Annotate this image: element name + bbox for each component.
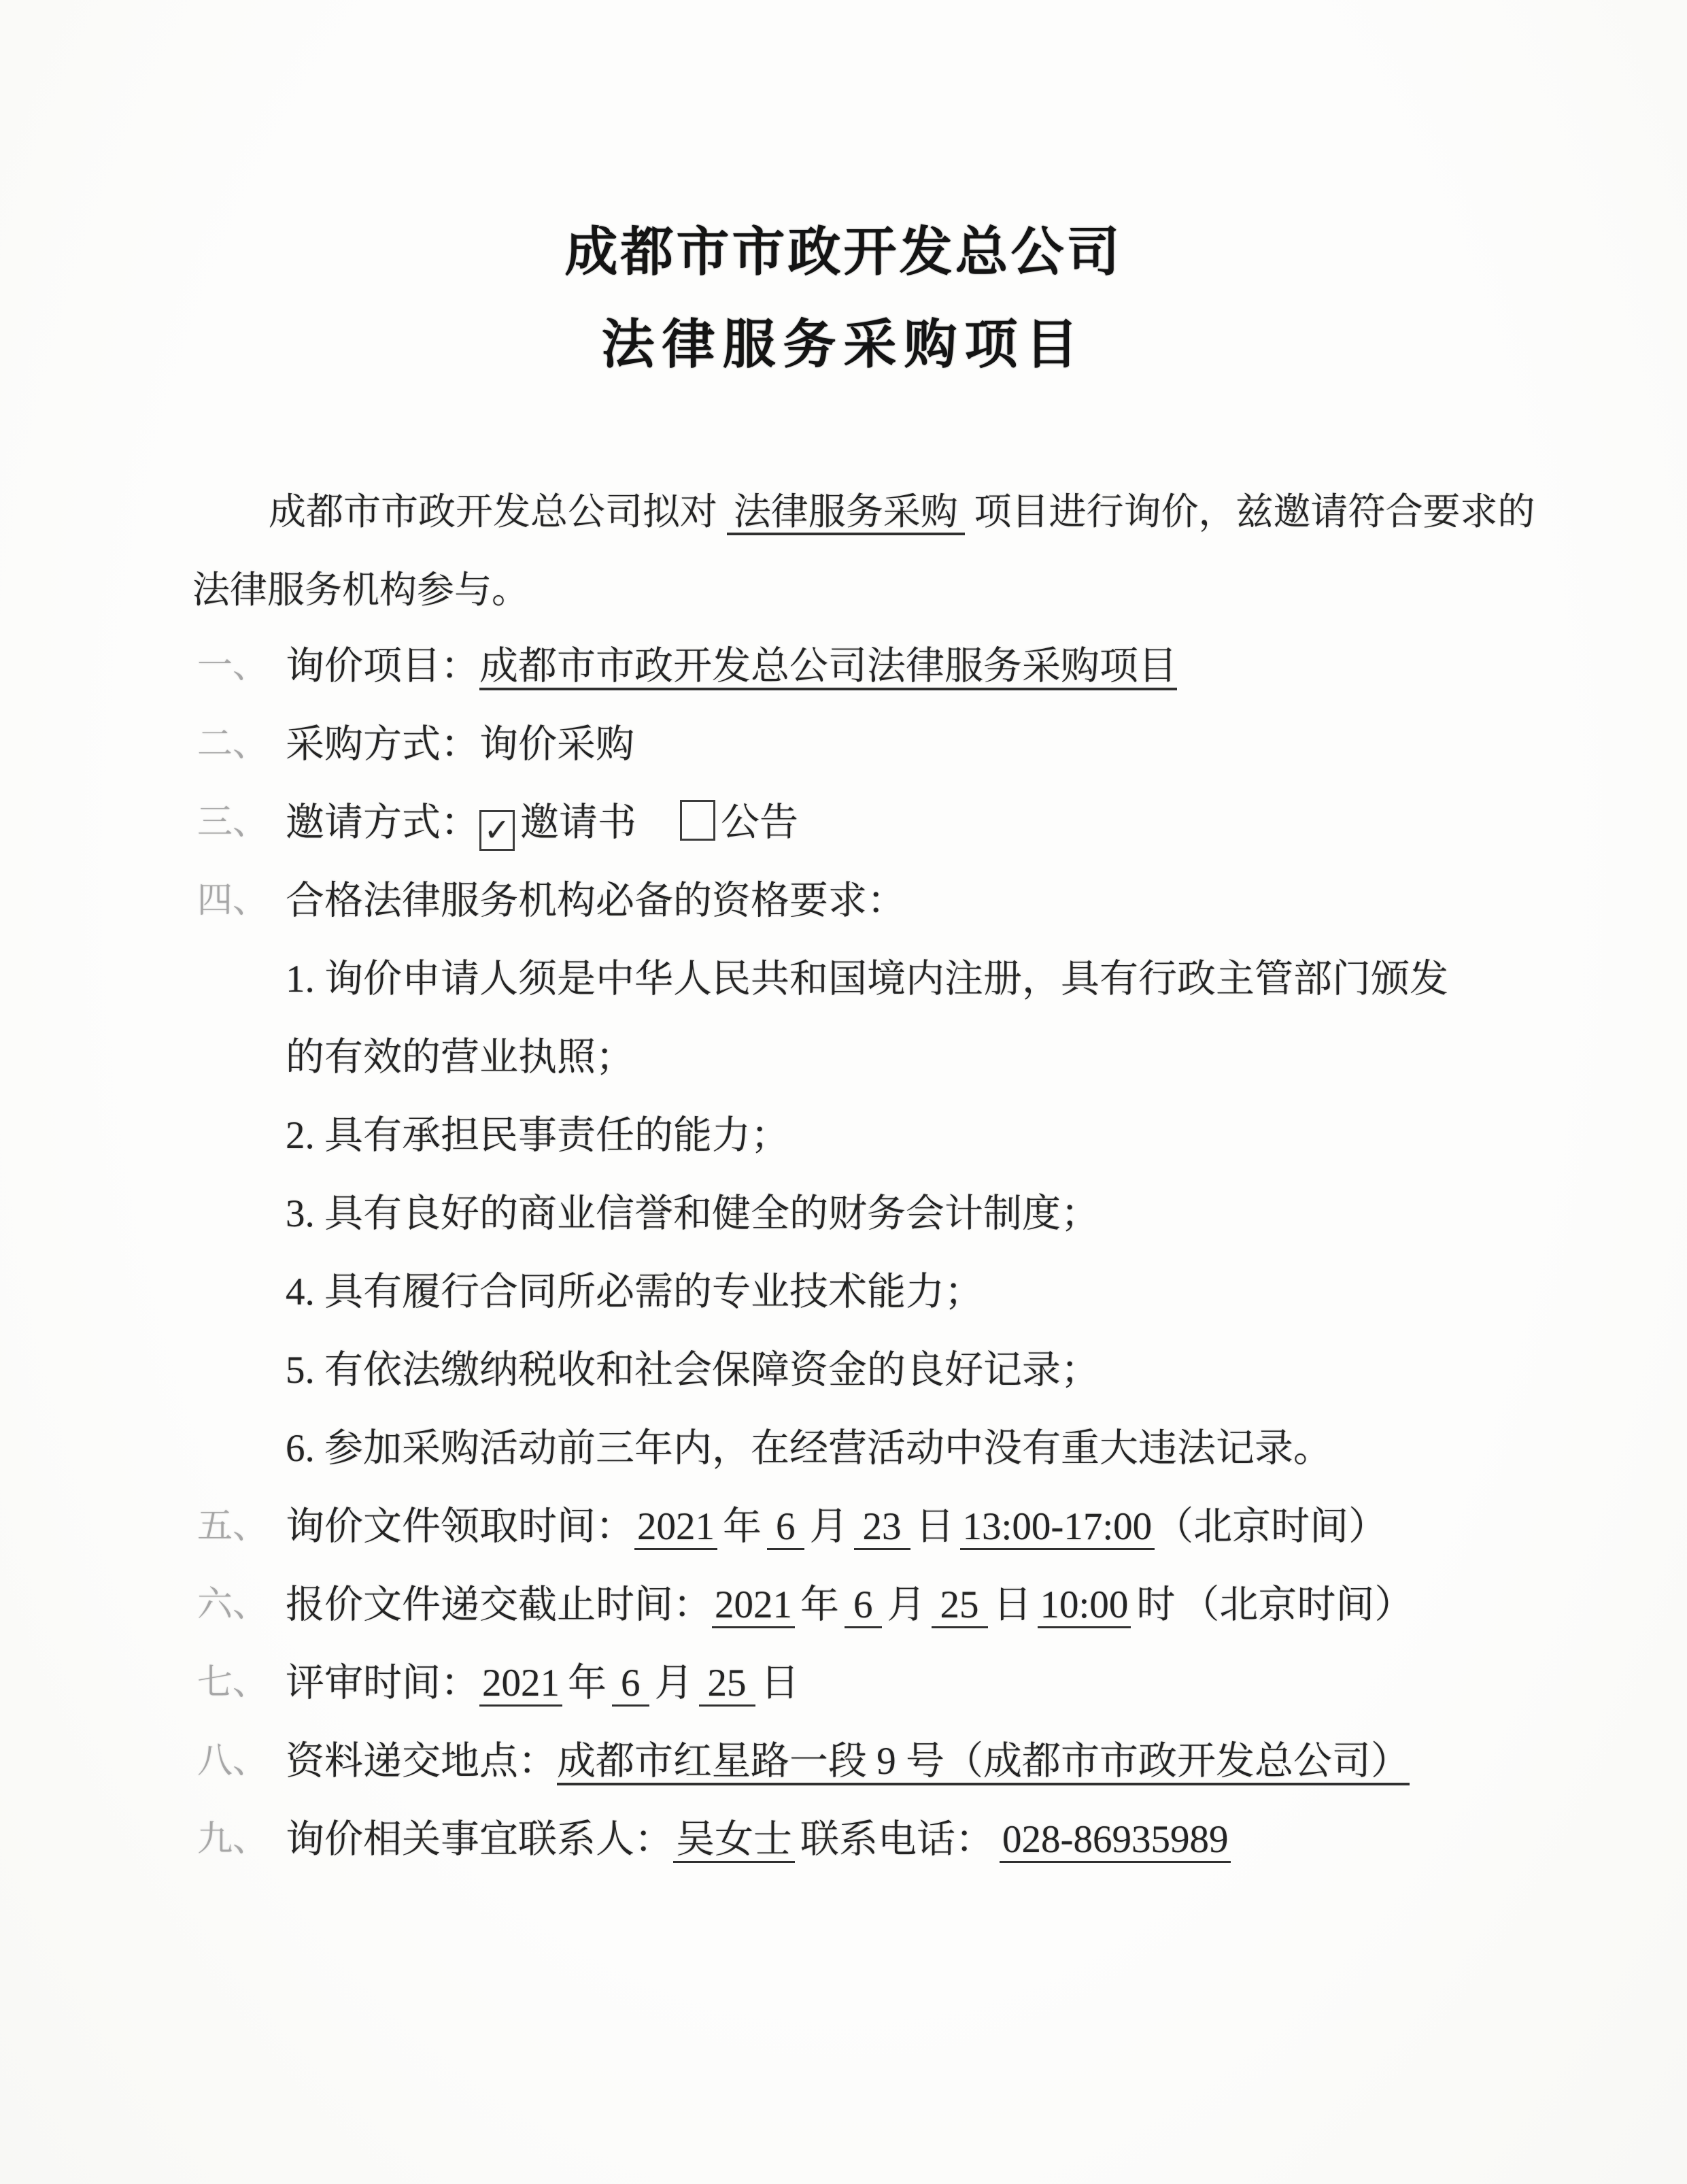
list-item-review-time: 七、 评审时间：2021年6月25日 [197, 1644, 1608, 1722]
list-item-qualification-requirements: 四、 合格法律服务机构必备的资格要求： 1. 询价申请人须是中华人民共和国境内注… [197, 862, 1608, 1488]
time-unit: 时 [1136, 1583, 1175, 1626]
time-blank: 13:00-17:00 [960, 1505, 1155, 1550]
list-item-document-collection-time: 五、 询价文件领取时间：2021年6月23日13:00-17:00（北京时间） [197, 1488, 1608, 1566]
address-value: 成都市红星路一段 9 号（成都市市政开发总公司） [557, 1740, 1410, 1785]
checkbox-unchecked-icon [680, 800, 715, 841]
item-number: 九、 [197, 1800, 286, 1879]
year-unit: 年 [800, 1583, 839, 1626]
item-label: 报价文件递交截止时间： [286, 1583, 712, 1626]
month-blank: 6 [767, 1505, 804, 1550]
item-number: 五、 [197, 1488, 286, 1566]
document-title-line1: 成都市市政开发总公司 [0, 226, 1687, 279]
list-item-invitation-method: 三、 邀请方式：✓邀请书公告 [197, 784, 1608, 862]
item-number: 一、 [197, 627, 286, 705]
item-content: 询价相关事宜联系人：吴女士联系电话：028-86935989 [286, 1800, 1608, 1879]
phone-number: 028-86935989 [1000, 1818, 1231, 1863]
year-blank: 2021 [479, 1662, 562, 1707]
time-blank: 10:00 [1038, 1583, 1131, 1628]
checkbox-invitation-label: 邀请书 [520, 801, 636, 844]
item-label: 邀请方式： [286, 801, 479, 844]
list-item-procurement-method: 二、 采购方式：询价采购 [197, 705, 1608, 784]
requirement-item: 5. 有依法缴纳税收和社会保障资金的良好记录； [286, 1331, 1472, 1409]
list-item-inquiry-project: 一、 询价项目：成都市市政开发总公司法律服务采购项目 [197, 627, 1608, 705]
year-unit: 年 [568, 1662, 607, 1704]
intro-underlined-term: 法律服务采购 [727, 491, 965, 535]
list-item-submission-address: 八、 资料递交地点：成都市红星路一段 9 号（成都市市政开发总公司） [197, 1722, 1608, 1800]
year-blank: 2021 [634, 1505, 717, 1550]
item-number: 三、 [197, 784, 286, 862]
timezone-note: （北京时间） [1155, 1505, 1387, 1548]
item-label: 资料递交地点： [286, 1740, 557, 1783]
item-content: 评审时间：2021年6月25日 [286, 1644, 1608, 1722]
item-label: 询价项目： [286, 645, 479, 688]
contact-name: 吴女士 [673, 1818, 795, 1863]
timezone-note: （北京时间） [1180, 1583, 1413, 1626]
month-unit: 月 [887, 1583, 926, 1626]
item-content: 询价文件领取时间：2021年6月23日13:00-17:00（北京时间） [286, 1488, 1608, 1566]
item-number: 七、 [197, 1644, 286, 1722]
month-unit: 月 [810, 1505, 849, 1548]
day-unit: 日 [916, 1505, 955, 1548]
document-page: 成都市市政开发总公司 法律服务采购项目 成都市市政开发总公司拟对 法律服务采购 … [0, 0, 1687, 2184]
requirement-item: 6. 参加采购活动前三年内，在经营活动中没有重大违法记录。 [286, 1409, 1472, 1488]
method-value: 询价采购 [479, 723, 634, 766]
day-unit: 日 [993, 1583, 1032, 1626]
month-blank: 6 [612, 1662, 649, 1707]
year-unit: 年 [723, 1505, 762, 1548]
list-item-contact-info: 九、 询价相关事宜联系人：吴女士联系电话：028-86935989 [197, 1800, 1608, 1879]
item-label: 评审时间： [286, 1662, 479, 1704]
day-blank: 23 [854, 1505, 910, 1550]
item-number: 六、 [197, 1566, 286, 1644]
item-content: 合格法律服务机构必备的资格要求： 1. 询价申请人须是中华人民共和国境内注册，具… [286, 862, 1608, 1488]
item-label: 询价文件领取时间： [286, 1505, 634, 1548]
phone-label: 联系电话： [800, 1818, 994, 1861]
day-blank: 25 [699, 1662, 755, 1707]
requirement-item: 4. 具有履行合同所必需的专业技术能力； [286, 1253, 1472, 1331]
list-item-submission-deadline: 六、 报价文件递交截止时间：2021年6月25日10:00时（北京时间） [197, 1566, 1608, 1644]
year-blank: 2021 [712, 1583, 795, 1628]
item-content: 邀请方式：✓邀请书公告 [286, 784, 1608, 862]
item-content: 报价文件递交截止时间：2021年6月25日10:00时（北京时间） [286, 1566, 1608, 1644]
item-label: 采购方式： [286, 723, 479, 766]
day-blank: 25 [932, 1583, 988, 1628]
item-label: 合格法律服务机构必备的资格要求： [286, 862, 1608, 940]
item-content: 询价项目：成都市市政开发总公司法律服务采购项目 [286, 627, 1608, 705]
requirement-item: 1. 询价申请人须是中华人民共和国境内注册，具有行政主管部门颁发的有效的营业执照… [286, 940, 1472, 1096]
document-title-line2: 法律服务采购项目 [0, 318, 1687, 371]
intro-text-pre: 成都市市政开发总公司拟对 [269, 491, 717, 533]
item-number: 四、 [197, 862, 286, 940]
project-name-value: 成都市市政开发总公司法律服务采购项目 [479, 645, 1177, 690]
requirement-item: 2. 具有承担民事责任的能力； [286, 1096, 1472, 1175]
item-content: 采购方式：询价采购 [286, 705, 1608, 784]
numbered-list: 一、 询价项目：成都市市政开发总公司法律服务采购项目 二、 采购方式：询价采购 … [197, 627, 1608, 1879]
checkbox-announcement-label: 公告 [721, 801, 798, 844]
requirement-item: 3. 具有良好的商业信誉和健全的财务会计制度； [286, 1175, 1472, 1253]
intro-paragraph: 成都市市政开发总公司拟对 法律服务采购 项目进行询价，兹邀请符合要求的法律服务机… [192, 473, 1535, 629]
item-content: 资料递交地点：成都市红星路一段 9 号（成都市市政开发总公司） [286, 1722, 1608, 1800]
item-number: 八、 [197, 1722, 286, 1800]
checkbox-checked-icon: ✓ [479, 810, 515, 851]
day-unit: 日 [761, 1662, 800, 1704]
month-unit: 月 [655, 1662, 694, 1704]
item-label: 询价相关事宜联系人： [286, 1818, 673, 1861]
month-blank: 6 [845, 1583, 882, 1628]
item-number: 二、 [197, 705, 286, 784]
